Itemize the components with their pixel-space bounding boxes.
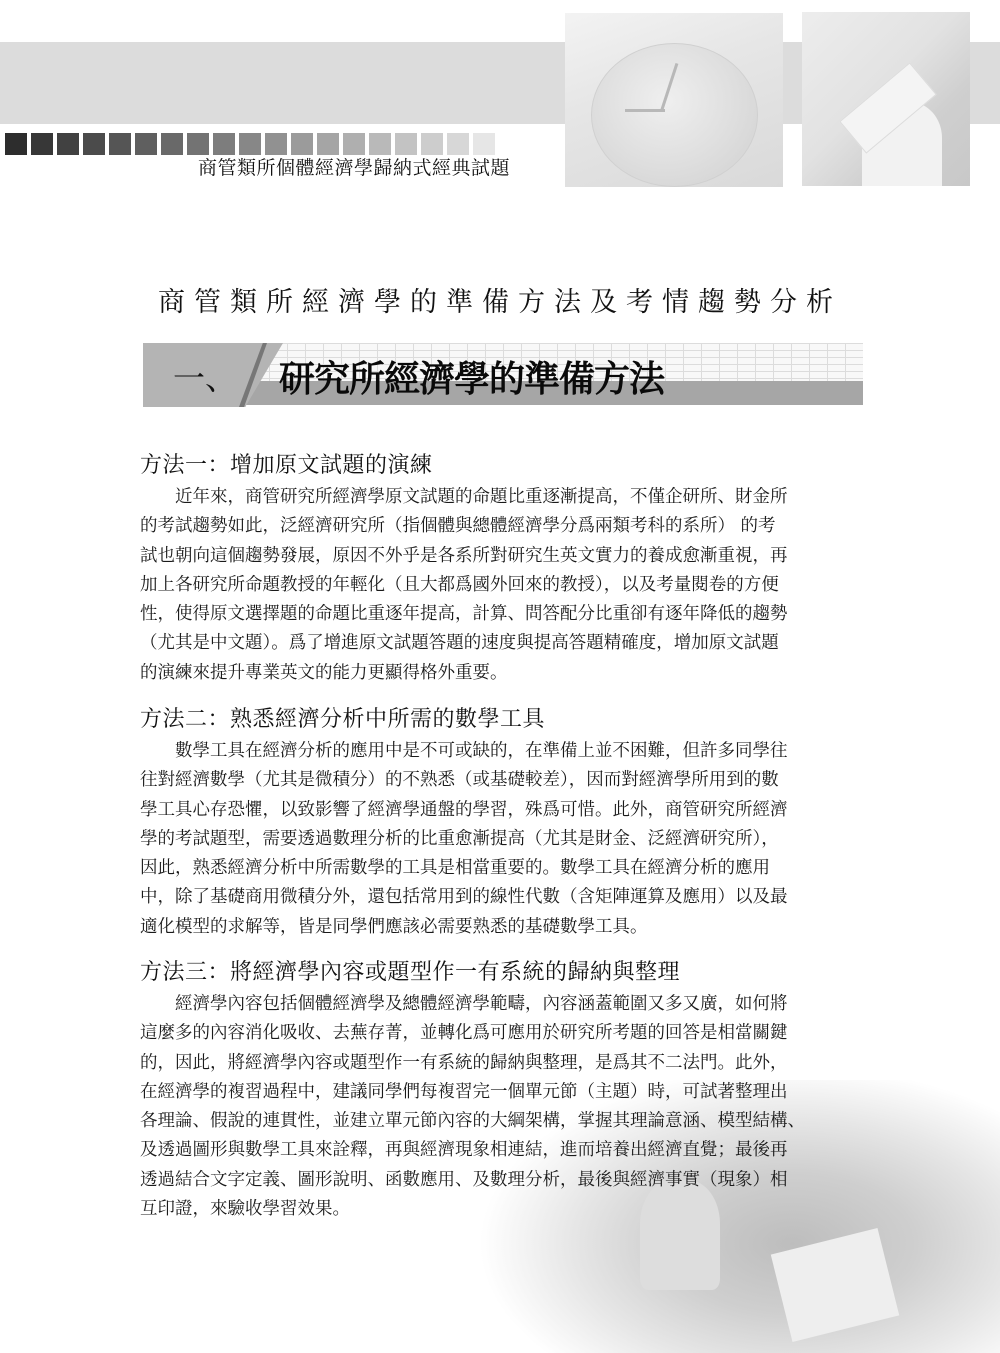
paragraph-line: 的，因此，將經濟學內容或題型作一有系統的歸納與整理，是爲其不二法門。此外， [140, 1049, 865, 1078]
gradient-square [369, 133, 391, 155]
paragraph-line: 學的考試題型，需要透過數理分析的比重愈漸提高（尤其是財金、泛經濟研究所）， [140, 825, 865, 854]
page-title: 商管類所經濟學的準備方法及考情趨勢分析 [0, 280, 1000, 319]
paragraph-line: （尤其是中文題）。爲了增進原文試題答題的速度與提高答題精確度，增加原文試題 [140, 629, 865, 658]
gradient-squares-strip [5, 133, 495, 155]
method-paragraph: 經濟學內容包括個體經濟學及總體經濟學範疇，內容涵蓋範圍又多又廣，如何將 這麼多的… [140, 990, 865, 1224]
method-paragraph: 近年來，商管研究所經濟學原文試題的命題比重逐漸提高，不僅企研所、財金所 的考試趨… [140, 483, 865, 688]
method-2: 方法二：熟悉經濟分析中所需的數學工具 數學工具在經濟分析的應用中是不可或缺的，在… [140, 703, 865, 942]
gradient-square [395, 133, 417, 155]
gradient-square [473, 133, 495, 155]
paragraph-line: 這麼多的內容消化吸收、去蕪存菁，並轉化爲可應用於研究所考題的回答是相當關鍵 [140, 1019, 865, 1048]
method-heading: 方法二：熟悉經濟分析中所需的數學工具 [140, 703, 865, 737]
paragraph-line: 的演練來提升專業英文的能力更顯得格外重要。 [140, 659, 865, 688]
document-paper-image [771, 1228, 900, 1342]
paragraph-line: 互印證，來驗收學習效果。 [140, 1195, 865, 1224]
paragraph-line: 的考試趨勢如此，泛經濟研究所（指個體與總體經濟學分爲兩類考科的系所） 的考 [140, 512, 865, 541]
gradient-square [343, 133, 365, 155]
gradient-square [421, 133, 443, 155]
section-heading: 研究所經濟學的準備方法 [279, 351, 664, 402]
gradient-square [265, 133, 287, 155]
method-heading: 方法三：將經濟學內容或題型作一有系統的歸納與整理 [140, 956, 865, 990]
paragraph-line: 學工具心存恐懼，以致影響了經濟學通盤的學習，殊爲可惜。此外，商管研究所經濟 [140, 796, 865, 825]
paragraph-line: 因此，熟悉經濟分析中所需數學的工具是相當重要的。數學工具在經濟分析的應用 [140, 854, 865, 883]
running-title: 商管類所個體經濟學歸納式經典試題 [198, 153, 510, 180]
paragraph-line: 在經濟學的複習過程中，建議同學們每複習完一個單元節（主題）時，可試著整理出 [140, 1078, 865, 1107]
gradient-square [239, 133, 261, 155]
paragraph-line: 透過結合文字定義、圖形說明、函數應用、及數理分析，最後與經濟事實（現象）相 [140, 1166, 865, 1195]
paragraph-line: 及透過圖形與數學工具來詮釋，再與經濟現象相連結，進而培養出經濟直覺；最後再 [140, 1136, 865, 1165]
paragraph-line: 中，除了基礎商用微積分外，還包括常用到的線性代數（含矩陣運算及應用）以及最 [140, 883, 865, 912]
gradient-square [57, 133, 79, 155]
gradient-square [447, 133, 469, 155]
paragraph-line: 往對經濟數學（尤其是微積分）的不熟悉（或基礎較差），因而對經濟學所用到的數 [140, 766, 865, 795]
gradient-square [83, 133, 105, 155]
paragraph-line: 近年來，商管研究所經濟學原文試題的命題比重逐漸提高，不僅企研所、財金所 [140, 483, 865, 512]
paragraph-line: 經濟學內容包括個體經濟學及總體經濟學範疇，內容涵蓋範圍又多又廣，如何將 [140, 990, 865, 1019]
gradient-square [213, 133, 235, 155]
money-photo [802, 12, 970, 186]
paragraph-line: 各理論、假說的連貫性，並建立單元節內容的大綱架構，掌握其理論意涵、模型結構、 [140, 1107, 865, 1136]
header-band-right [976, 42, 1000, 124]
paragraph-line: 加上各研究所命題教授的年輕化（且大都爲國外回來的教授），以及考量閱卷的方便 [140, 571, 865, 600]
section-number: 一、 [173, 353, 237, 399]
clock-photo [565, 13, 783, 187]
method-heading: 方法一：增加原文試題的演練 [140, 449, 865, 483]
clock-hand-image [625, 109, 665, 112]
section-banner: 一、 研究所經濟學的準備方法 [143, 343, 863, 407]
gradient-square [135, 133, 157, 155]
paragraph-line: 性，使得原文選擇題的命題比重逐年提高，計算、問答配分比重卻有逐年降低的趨勢 [140, 600, 865, 629]
gradient-square [31, 133, 53, 155]
gradient-square [317, 133, 339, 155]
method-1: 方法一：增加原文試題的演練 近年來，商管研究所經濟學原文試題的命題比重逐漸提高，… [140, 449, 865, 688]
gradient-square [291, 133, 313, 155]
method-3: 方法三：將經濟學內容或題型作一有系統的歸納與整理 經濟學內容包括個體經濟學及總體… [140, 956, 865, 1224]
paragraph-line: 數學工具在經濟分析的應用中是不可或缺的，在準備上並不困難，但許多同學往 [140, 737, 865, 766]
gradient-square [5, 133, 27, 155]
gradient-square [161, 133, 183, 155]
method-paragraph: 數學工具在經濟分析的應用中是不可或缺的，在準備上並不困難，但許多同學往 往對經濟… [140, 737, 865, 942]
paragraph-line: 適化模型的求解等，皆是同學們應該必需要熟悉的基礎數學工具。 [140, 913, 865, 942]
paragraph-line: 試也朝向這個趨勢發展，原因不外乎是各系所對研究生英文實力的養成愈漸重視，再 [140, 542, 865, 571]
gradient-square [187, 133, 209, 155]
gradient-square [109, 133, 131, 155]
